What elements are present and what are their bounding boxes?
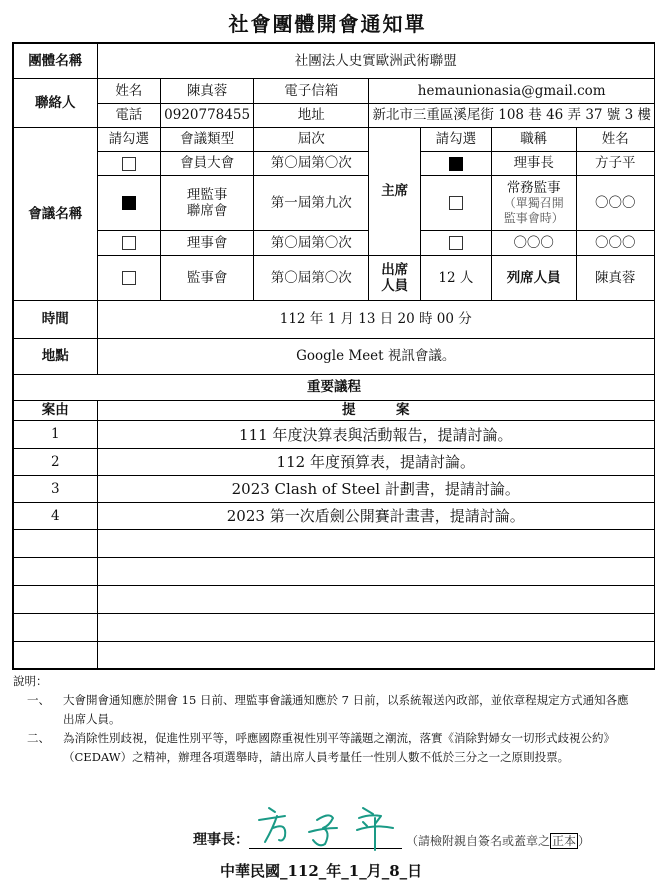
agenda-text: 112 年度預算表，提請討論。	[97, 449, 655, 476]
agenda-no	[14, 530, 98, 558]
chair-checkbox-president[interactable]	[449, 157, 463, 171]
meeting-session-header: 屆次	[254, 128, 369, 152]
agenda-row-empty	[14, 614, 655, 642]
contact-label: 聯絡人	[14, 79, 98, 128]
org-name: 社團法人史實歐洲武術聯盟	[97, 44, 655, 79]
agenda-row: 1 111 年度決算表與活動報告，提請討論。	[14, 421, 655, 449]
signature-label: 理事長：	[193, 829, 249, 849]
signature-block: 理事長： （請檢附親自簽名或蓋章之正本）	[193, 820, 590, 849]
agenda-no: 1	[14, 421, 98, 449]
contact-email: hemaunionasia@gmail.com	[369, 79, 655, 104]
chair-label: 主席	[369, 128, 421, 256]
agenda-no: 4	[14, 503, 98, 530]
contact-name: 陳真蓉	[161, 79, 254, 104]
chair-title-note: 監事會時）	[495, 211, 573, 226]
meeting-check-header: 請勾選	[97, 128, 161, 152]
note-text: 大會開會通知應於開會 15 日前、理監事會議通知應於 7 日前，以系統報送內政部…	[63, 691, 633, 729]
document-date: 中華民國_112_年_1_月_8_日	[220, 860, 422, 881]
agenda-text	[97, 558, 655, 586]
meeting-session: 第一屆第九次	[254, 176, 369, 231]
contact-name-label: 姓名	[97, 79, 161, 104]
chair-name: 〇〇〇	[576, 176, 654, 231]
note-item: 二、 為消除性別歧視，促進性別平等，呼應國際重視性別平等議題之潮流，落實《消除對…	[13, 729, 633, 767]
agenda-row-empty	[14, 530, 655, 558]
original-copy-box: 正本	[550, 833, 578, 849]
chair-name-header: 姓名	[576, 128, 654, 152]
notes-label: 說明：	[13, 672, 633, 691]
agenda-text: 2023 第一次盾劍公開賽計畫書，提請討論。	[97, 503, 655, 530]
agenda-no: 2	[14, 449, 98, 476]
attendance-label-line: 出席	[372, 262, 417, 278]
agenda-row-empty	[14, 586, 655, 614]
meeting-type-header: 會議類型	[161, 128, 254, 152]
chair-title-line: 常務監事	[495, 180, 573, 196]
contact-phone: 0920778455	[161, 104, 254, 128]
meeting-session: 第〇屆第〇次	[254, 231, 369, 256]
agenda-no	[14, 614, 98, 642]
meeting-type: 會員大會	[161, 152, 254, 176]
agenda-text	[97, 614, 655, 642]
meeting-type-line: 聯席會	[164, 203, 250, 219]
contact-email-label: 電子信箱	[254, 79, 369, 104]
handwritten-signature-icon	[251, 802, 401, 852]
chair-checkbox-supervisor[interactable]	[449, 196, 463, 210]
note-text: 為消除性別歧視，促進性別平等，呼應國際重視性別平等議題之潮流，落實《消除對婦女一…	[63, 729, 633, 767]
meeting-checkbox-supervisory[interactable]	[122, 271, 136, 285]
note-item: 一、 大會開會通知應於開會 15 日前、理監事會議通知應於 7 日前，以系統報送…	[13, 691, 633, 729]
place-label: 地點	[14, 339, 98, 375]
agenda-text: 2023 Clash of Steel 計劃書，提請討論。	[97, 476, 655, 503]
meeting-type: 理事會	[161, 231, 254, 256]
chair-checkbox-other[interactable]	[449, 236, 463, 250]
attendance-label: 出席 人員	[369, 256, 421, 301]
agenda-case-header: 案由	[14, 401, 98, 421]
chair-title-supervisor: 常務監事 （單獨召開 監事會時）	[491, 176, 576, 231]
meeting-type-line: 理監事	[164, 187, 250, 203]
notice-form: 團體名稱 社團法人史實歐洲武術聯盟 聯絡人 姓名 陳真蓉 電子信箱 hemaun…	[13, 43, 655, 669]
meeting-checkbox-general[interactable]	[122, 157, 136, 171]
agenda-proposal-header: 提 案	[97, 401, 655, 421]
agenda-row: 4 2023 第一次盾劍公開賽計畫書，提請討論。	[14, 503, 655, 530]
meeting-type-joint: 理監事 聯席會	[161, 176, 254, 231]
agenda-no	[14, 558, 98, 586]
signature-note: （請檢附親自簽名或蓋章之正本）	[406, 832, 590, 849]
signature-note-text: ）	[578, 834, 590, 848]
attendance-label-line: 人員	[372, 278, 417, 294]
attendance-count: 12 人	[420, 256, 491, 301]
chair-name: 方子平	[576, 152, 654, 176]
agenda-text: 111 年度決算表與活動報告，提請討論。	[97, 421, 655, 449]
document-title: 社會團體開會通知單	[0, 8, 655, 37]
agenda-no	[14, 586, 98, 614]
time-label: 時間	[14, 301, 98, 339]
note-number: 二、	[27, 729, 63, 767]
time-value: 112 年 1 月 13 日 20 時 00 分	[97, 301, 655, 339]
agenda-no	[14, 642, 98, 669]
meeting-type: 監事會	[161, 256, 254, 301]
meeting-checkbox-board[interactable]	[122, 236, 136, 250]
agenda-no: 3	[14, 476, 98, 503]
signature-line[interactable]	[249, 820, 402, 849]
place-value: Google Meet 視訊會議。	[97, 339, 655, 375]
chair-title: 〇〇〇	[491, 231, 576, 256]
chair-title-note: （單獨召開	[495, 196, 573, 211]
agenda-heading: 重要議程	[14, 375, 655, 401]
contact-address: 新北市三重區溪尾街 108 巷 46 弄 37 號 3 樓	[369, 104, 655, 128]
meeting-label: 會議名稱	[14, 128, 98, 301]
signature-note-text: （請檢附親自簽名或蓋章之	[406, 834, 550, 848]
observer-name: 陳真蓉	[576, 256, 654, 301]
agenda-row: 2 112 年度預算表，提請討論。	[14, 449, 655, 476]
agenda-text	[97, 642, 655, 669]
chair-check-header: 請勾選	[420, 128, 491, 152]
chair-title-header: 職稱	[491, 128, 576, 152]
contact-address-label: 地址	[254, 104, 369, 128]
observer-label: 列席人員	[491, 256, 576, 301]
notes-section: 說明： 一、 大會開會通知應於開會 15 日前、理監事會議通知應於 7 日前，以…	[13, 672, 633, 767]
chair-name: 〇〇〇	[576, 231, 654, 256]
note-number: 一、	[27, 691, 63, 729]
agenda-text	[97, 530, 655, 558]
contact-phone-label: 電話	[97, 104, 161, 128]
agenda-row-empty	[14, 558, 655, 586]
meeting-session: 第〇屆第〇次	[254, 256, 369, 301]
agenda-row-empty	[14, 642, 655, 669]
agenda-row: 3 2023 Clash of Steel 計劃書，提請討論。	[14, 476, 655, 503]
meeting-session: 第〇屆第〇次	[254, 152, 369, 176]
meeting-checkbox-joint[interactable]	[122, 196, 136, 210]
chair-title: 理事長	[491, 152, 576, 176]
agenda-text	[97, 586, 655, 614]
org-label: 團體名稱	[14, 44, 98, 79]
